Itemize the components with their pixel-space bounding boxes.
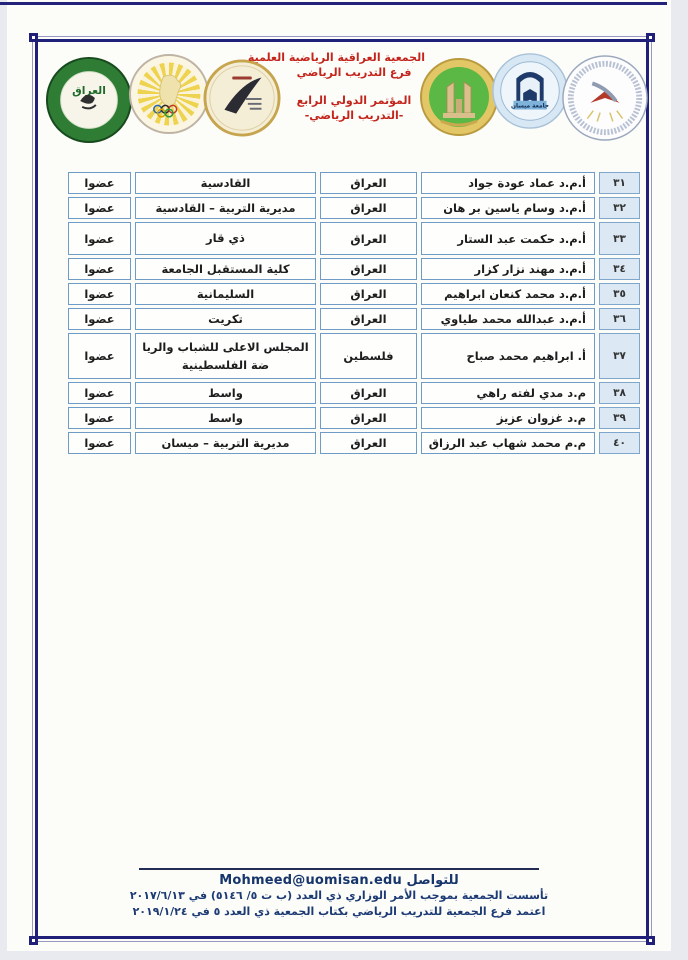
frame-corner-ornament — [646, 936, 655, 945]
table-row: عضوا المجلس الاعلى للشباب والريا ضة الفل… — [68, 333, 642, 379]
name-cell: م.د غزوان عزيز — [421, 407, 595, 429]
institution-cell: واسط — [135, 407, 316, 429]
name-cell: أ.م.د محمد كنعان ابراهيم — [421, 283, 595, 305]
country-cell: العراق — [320, 432, 417, 454]
iraq-map-shape — [160, 75, 181, 106]
row-number-cell: ٣٢ — [599, 197, 640, 219]
frame-corner-ornament — [29, 936, 38, 945]
branch-approval-line: اعتمد فرع الجمعية للتدريب الرياضي بكتاب … — [7, 904, 671, 920]
name-cell: أ.م.د عبدالله محمد طياوي — [421, 308, 595, 330]
row-number-cell: ٤٠ — [599, 432, 640, 454]
table-row: عضوا تكريت العراق أ.م.د عبدالله محمد طيا… — [68, 308, 642, 330]
country-cell: العراق — [320, 222, 417, 255]
name-cell: أ.م.د مهند نزار كزار — [421, 258, 595, 280]
olympic-committee-logo — [129, 54, 209, 134]
name-cell: أ.م.د عماد عودة جواد — [421, 172, 595, 194]
country-cell: العراق — [320, 283, 417, 305]
university-name-banner: جامعة ميسان — [511, 104, 549, 110]
logo-text-marks — [232, 77, 252, 80]
institution-cell: السليمانية — [135, 283, 316, 305]
institution-cell: مديرية التربية – ميسان — [135, 432, 316, 454]
role-cell: عضوا — [68, 172, 131, 194]
monument-university-logo — [419, 57, 499, 137]
name-cell: أ.م.د حكمت عبد الستار — [421, 222, 595, 255]
country-cell: العراق — [320, 407, 417, 429]
country-cell: العراق — [320, 172, 417, 194]
scanned-document: { "header": { "org_line1": "الجمعية العر… — [0, 0, 688, 960]
contact-line: للتواصل Mohmeed@uomisan.edu — [7, 873, 671, 888]
olympic-rings-icon — [154, 105, 177, 116]
country-cell: العراق — [320, 258, 417, 280]
table-row: عضوا السليمانية العراق أ.م.د محمد كنعان … — [68, 283, 642, 305]
top-rule-line — [0, 2, 667, 5]
role-cell: عضوا — [68, 258, 131, 280]
contact-label: للتواصل — [406, 873, 458, 888]
misan-university-logo: جامعة ميسان — [491, 52, 569, 130]
conference-topic-line: -التدريب الرياضي- — [283, 108, 425, 123]
frame-corner-ornament — [29, 33, 38, 42]
table-row: عضوا مديرية التربية – القادسية العراق أ.… — [68, 197, 642, 219]
row-number-cell: ٣٣ — [599, 222, 640, 255]
institution-cell: المجلس الاعلى للشباب والريا ضة الفلسطيني… — [135, 333, 316, 379]
org-branch-line: فرع التدريب الرياضي — [283, 65, 425, 80]
country-cell: العراق — [320, 308, 417, 330]
role-cell: عضوا — [68, 222, 131, 255]
table-row: عضوا ذي قار العراق أ.م.د حكمت عبد الستار… — [68, 222, 642, 255]
ministry-youth-sports-logo: العراق — [45, 56, 133, 144]
country-cell: فلسطين — [320, 333, 417, 379]
name-cell: أ.م.د وسام ياسين بر هان — [421, 197, 595, 219]
institution-cell: القادسية — [135, 172, 316, 194]
row-number-cell: ٣٦ — [599, 308, 640, 330]
institution-cell: كلية المستقبل الجامعة — [135, 258, 316, 280]
row-number-cell: ٣٩ — [599, 407, 640, 429]
row-number-cell: ٣٤ — [599, 258, 640, 280]
page-footer: للتواصل Mohmeed@uomisan.edu تأسست الجمعي… — [7, 868, 671, 920]
role-cell: عضوا — [68, 333, 131, 379]
name-cell: م.م محمد شهاب عبد الرزاق — [421, 432, 595, 454]
institution-cell: واسط — [135, 382, 316, 404]
document-page: العراق — [7, 0, 671, 951]
table-row: عضوا واسط العراق م.د مدي لفته راهي ٣٨ — [68, 382, 642, 404]
table-row: عضوا كلية المستقبل الجامعة العراق أ.م.د … — [68, 258, 642, 280]
country-cell: العراق — [320, 382, 417, 404]
row-number-cell: ٣٥ — [599, 283, 640, 305]
role-cell: عضوا — [68, 407, 131, 429]
footer-divider-line — [139, 868, 539, 870]
institution-cell: مديرية التربية – القادسية — [135, 197, 316, 219]
frame-corner-ornament — [646, 33, 655, 42]
row-number-cell: ٣١ — [599, 172, 640, 194]
org-name-line: الجمعية العراقية الرياضية العلمية — [283, 50, 425, 65]
role-cell: عضوا — [68, 432, 131, 454]
conference-header-text: الجمعية العراقية الرياضية العلمية فرع ال… — [283, 50, 425, 123]
row-number-cell: ٣٧ — [599, 333, 640, 379]
role-cell: عضوا — [68, 197, 131, 219]
sport-science-society-logo — [203, 59, 281, 137]
role-cell: عضوا — [68, 308, 131, 330]
role-cell: عضوا — [68, 283, 131, 305]
role-cell: عضوا — [68, 382, 131, 404]
table-row: عضوا واسط العراق م.د غزوان عزيز ٣٩ — [68, 407, 642, 429]
table-row: عضوا مديرية التربية – ميسان العراق م.م م… — [68, 432, 642, 454]
founding-order-line: تأسست الجمعية بموجب الأمر الوزاري ذي الع… — [7, 888, 671, 904]
country-cell: العراق — [320, 197, 417, 219]
row-number-cell: ٣٨ — [599, 382, 640, 404]
name-cell: أ. ابراهيم محمد صباح — [421, 333, 595, 379]
higher-education-ministry-logo — [561, 54, 649, 142]
institution-cell: ذي قار — [135, 222, 316, 255]
institution-cell: تكريت — [135, 308, 316, 330]
contact-email: Mohmeed@uomisan.edu — [219, 873, 402, 888]
table-row: عضوا القادسية العراق أ.م.د عماد عودة جوا… — [68, 172, 642, 194]
members-table: عضوا القادسية العراق أ.م.د عماد عودة جوا… — [68, 172, 642, 457]
conference-name-line: المؤتمر الدولي الرابع — [283, 93, 425, 108]
name-cell: م.د مدي لفته راهي — [421, 382, 595, 404]
